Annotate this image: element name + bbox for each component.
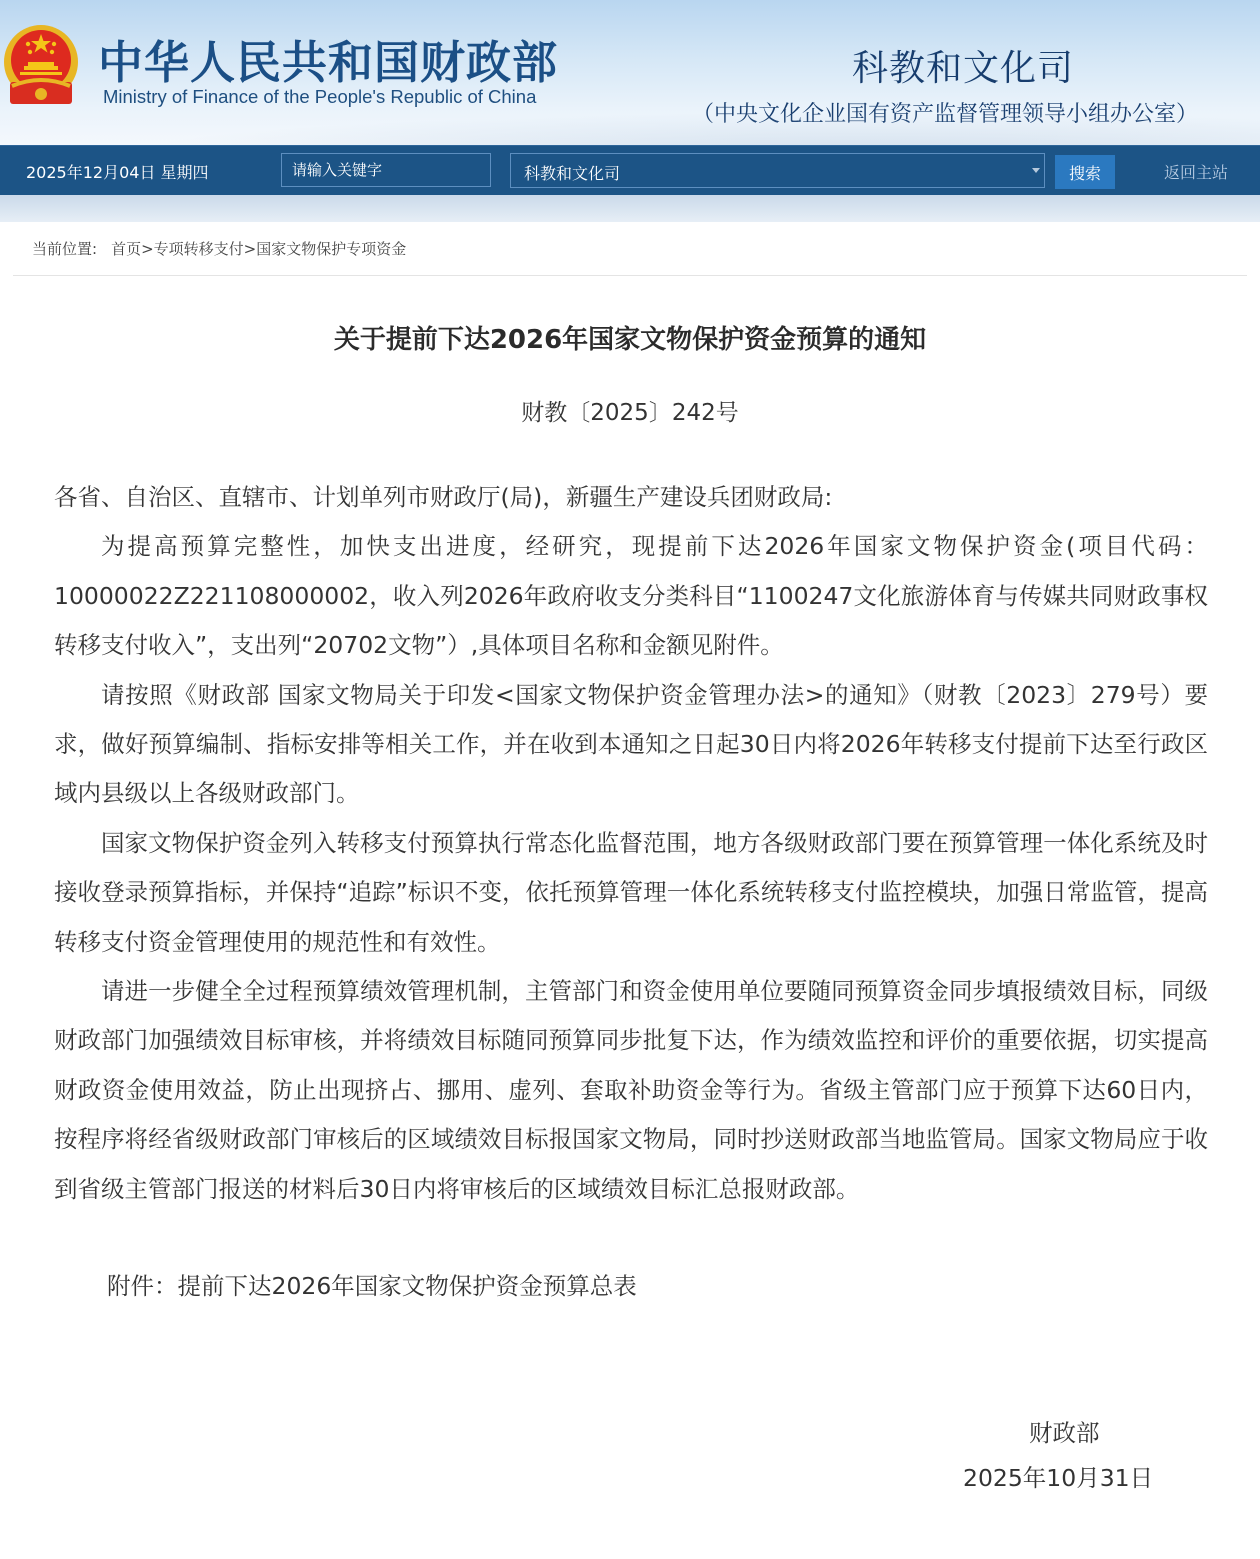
ministry-logo-english[interactable]: Ministry of Finance of the People's Repu… [103,86,536,108]
document-number: 财教〔2025〕242号 [0,394,1260,427]
article-title: 关于提前下达2026年国家文物保护资金预算的通知 [0,319,1260,356]
breadcrumb-home[interactable]: 首页 [111,238,141,259]
keyword-search-input[interactable] [281,153,491,187]
national-emblem-icon [2,22,80,108]
signature-block: 财政部 2025年10月31日 [0,1311,1260,1531]
body-paragraph: 请进一步健全全过程预算绩效管理机制，主管部门和资金使用单位要随同预算资金同步填报… [54,967,1208,1214]
attachment-link[interactable]: 附件：提前下达2026年国家文物保护资金预算总表 [0,1262,1260,1311]
return-home-link[interactable]: 返回主站 [1164,160,1228,183]
article: 关于提前下达2026年国家文物保护资金预算的通知 财教〔2025〕242号 各省… [0,319,1260,1531]
breadcrumb-separator: > [141,240,154,258]
ministry-logo-chinese[interactable]: 中华人民共和国财政部 [98,26,558,91]
signature-date: 2025年10月31日 [963,1459,1153,1493]
search-scope-value: 科教和文化司 [524,164,620,183]
breadcrumb-cultural-relics-fund[interactable]: 国家文物保护专项资金 [256,238,406,259]
breadcrumb-label: 当前位置: [32,238,97,259]
current-date: 2025年12月04日 星期四 [26,160,209,183]
site-header-banner: 中华人民共和国财政部 Ministry of Finance of the Pe… [0,0,1260,145]
top-nav-bar: 2025年12月04日 星期四 科教和文化司 搜索 返回主站 [0,145,1260,195]
department-subtitle: （中央文化企业国有资产监督管理领导小组办公室） [692,97,1198,128]
search-scope-select[interactable]: 科教和文化司 [510,153,1045,188]
article-body: 各省、自治区、直辖市、计划单列市财政厅(局)，新疆生产建设兵团财政局: 为提高预… [0,473,1260,1214]
breadcrumb-separator: > [244,240,257,258]
body-paragraph: 国家文物保护资金列入转移支付预算执行常态化监督范围，地方各级财政部门要在预算管理… [54,819,1208,967]
signature-organization: 财政部 [1029,1414,1100,1448]
addressee-line: 各省、自治区、直辖市、计划单列市财政厅(局)，新疆生产建设兵团财政局: [54,473,1208,522]
body-paragraph: 请按照《财政部 国家文物局关于印发<国家文物保护资金管理办法>的通知》（财教〔2… [54,671,1208,819]
chevron-down-icon[interactable] [1032,168,1040,173]
body-paragraph: 为提高预算完整性，加快支出进度，经研究，现提前下达2026年国家文物保护资金(项… [54,522,1208,670]
breadcrumb: 当前位置: 首页 > 专项转移支付 > 国家文物保护专项资金 [13,222,1247,276]
search-button[interactable]: 搜索 [1055,155,1115,189]
nav-shadow-strip [0,195,1260,222]
department-title: 科教和文化司 [852,40,1074,91]
breadcrumb-special-transfer[interactable]: 专项转移支付 [154,238,244,259]
